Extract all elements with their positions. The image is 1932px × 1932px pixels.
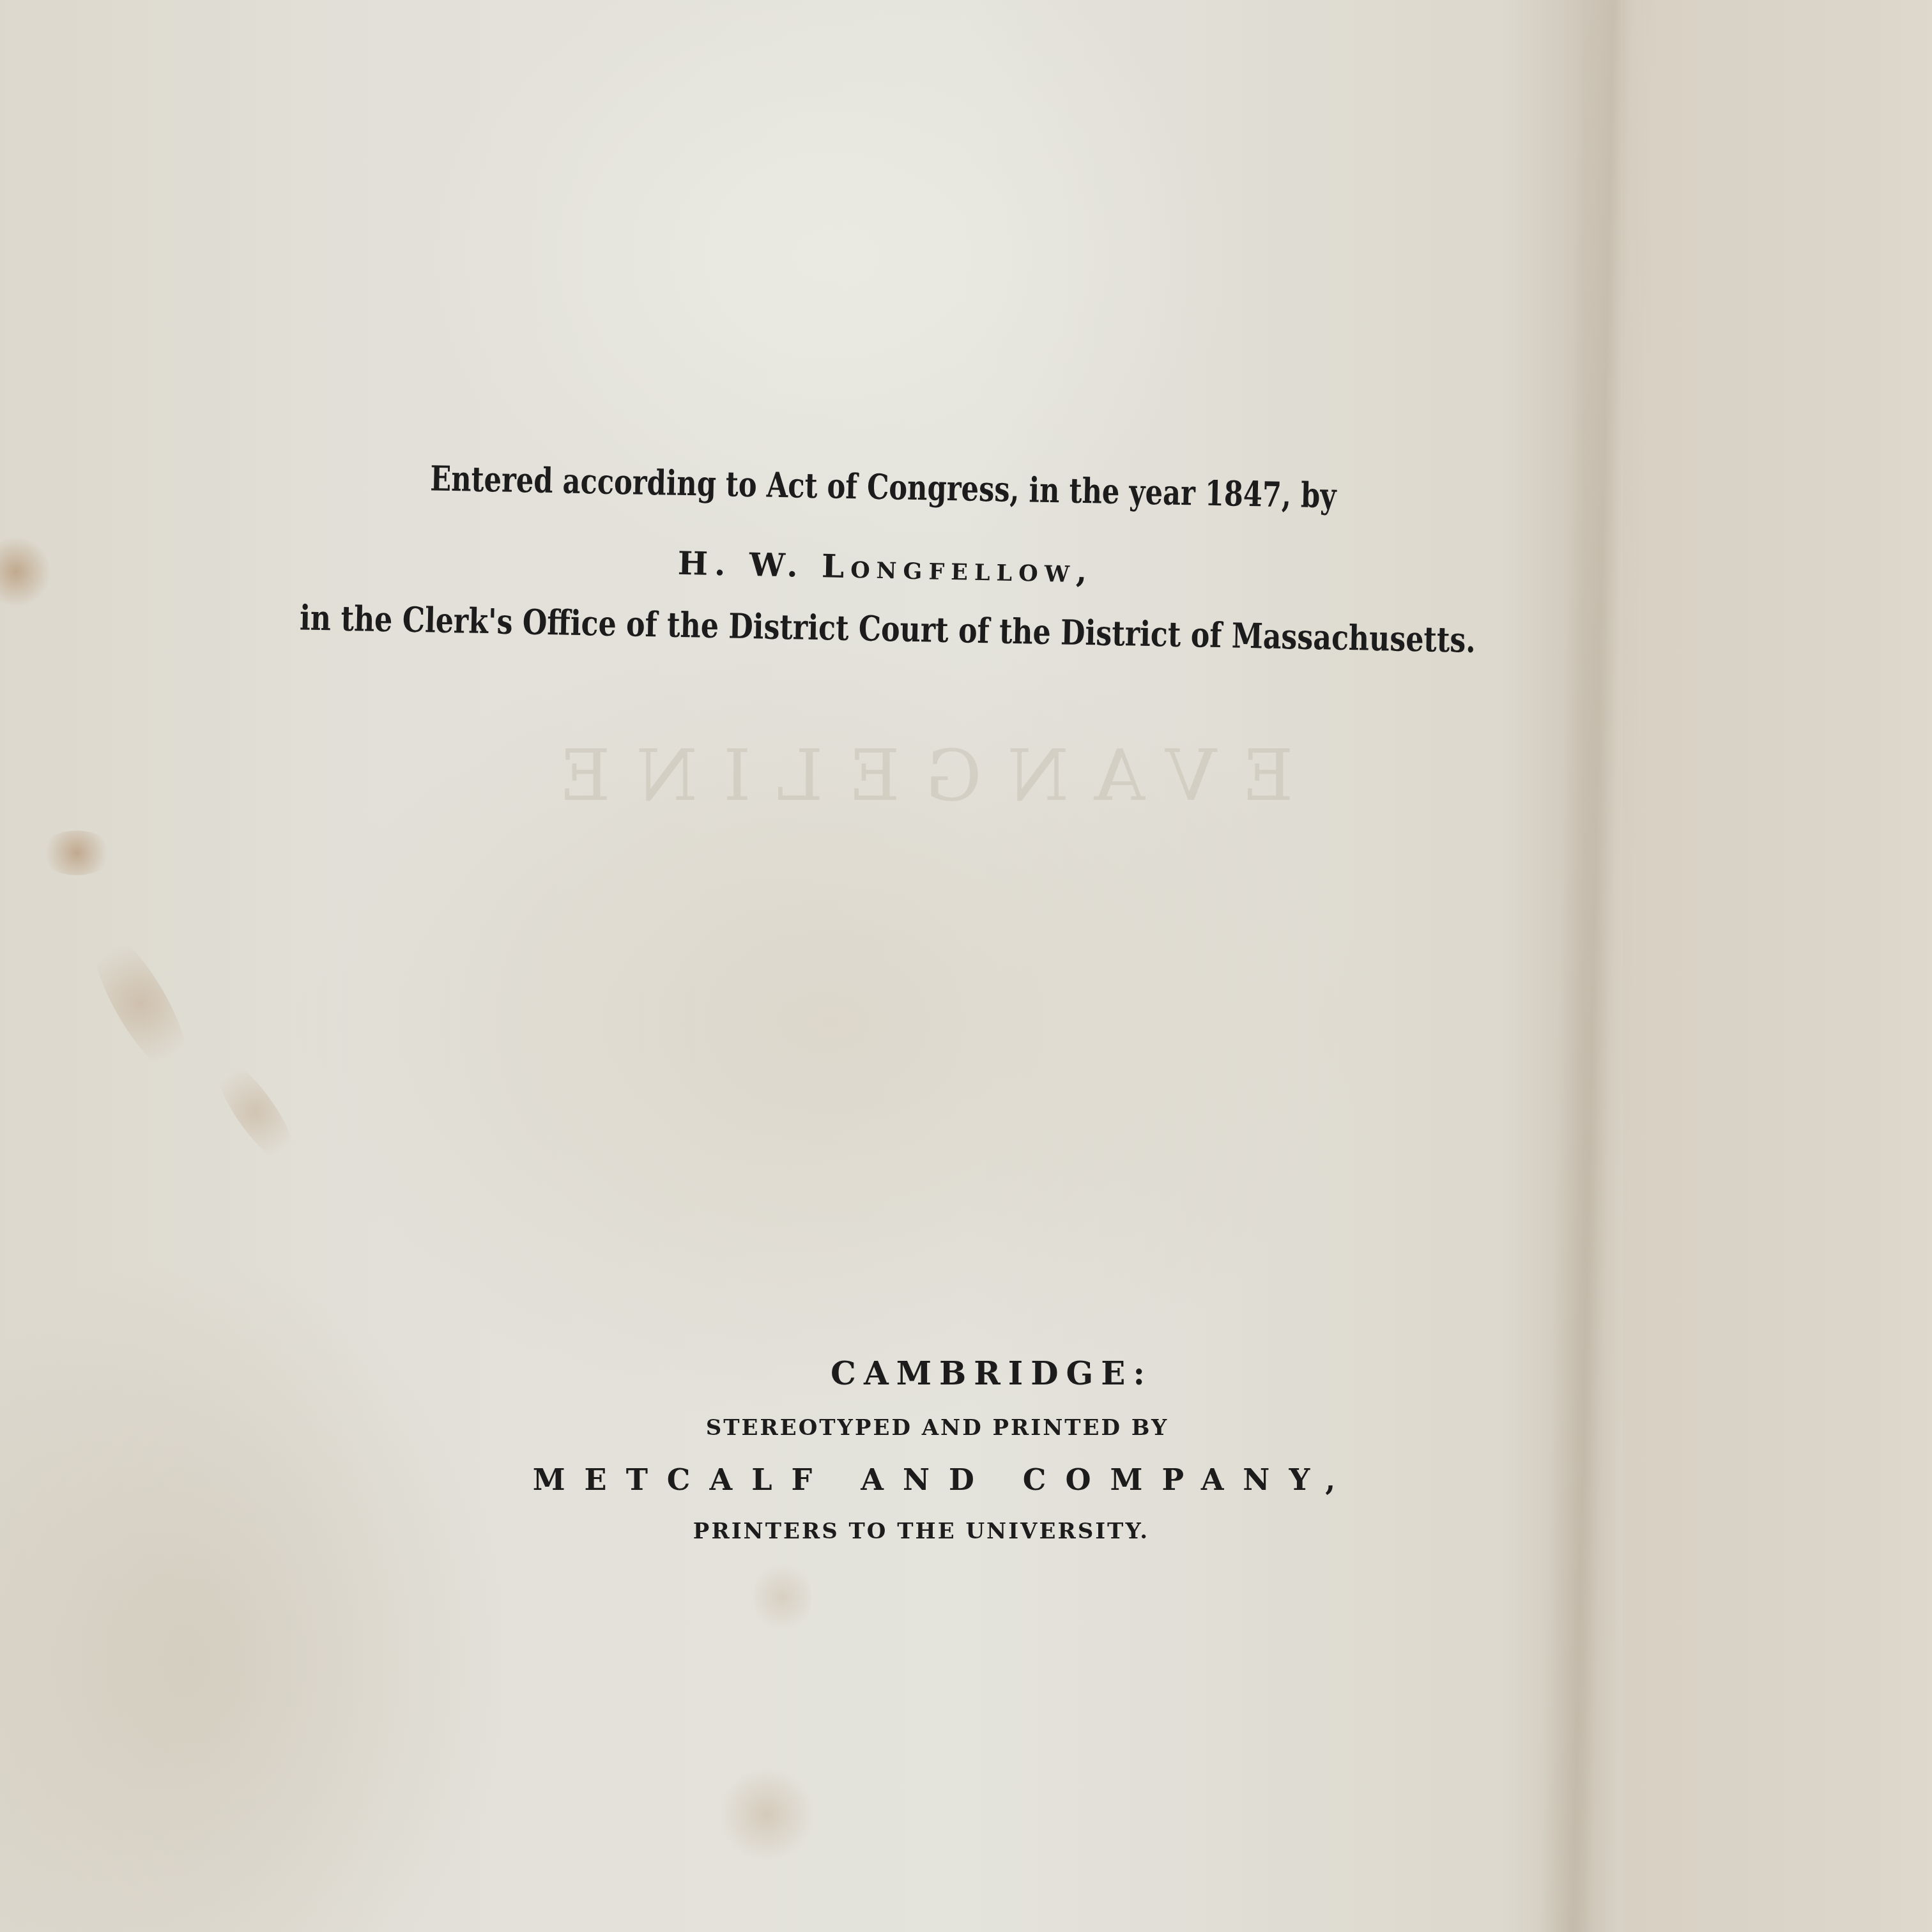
imprint-printer-name: METCALF AND COMPANY, — [0, 1462, 1932, 1497]
foxing-stain — [38, 831, 115, 875]
copyright-line-clerk-office: in the Clerk's Office of the District Co… — [300, 597, 1476, 661]
imprint-stereotyped: STEREOTYPED AND PRINTED BY — [0, 1415, 1932, 1441]
copyright-author: H. W. Longfellow, — [677, 544, 1094, 590]
foxing-stain — [0, 537, 51, 607]
printer-imprint: CAMBRIDGE: STEREOTYPED AND PRINTED BY ME… — [0, 1354, 1932, 1544]
foxing-stain — [77, 918, 204, 1087]
show-through-title: EVANGELINE — [498, 735, 1329, 816]
copyright-line-entered: Entered according to Act of Congress, in… — [430, 457, 1337, 516]
foxing-stain — [716, 1770, 818, 1859]
imprint-city: CAMBRIDGE: — [51, 1354, 1932, 1392]
imprint-printer-role: PRINTERS TO THE UNIVERSITY. — [0, 1519, 1932, 1544]
foxing-stain — [203, 1048, 308, 1175]
facing-page-edge — [1623, 0, 1932, 1932]
book-page: EVANGELINE Entered according to Act of C… — [0, 0, 1932, 1932]
foxing-stain — [754, 1559, 811, 1636]
